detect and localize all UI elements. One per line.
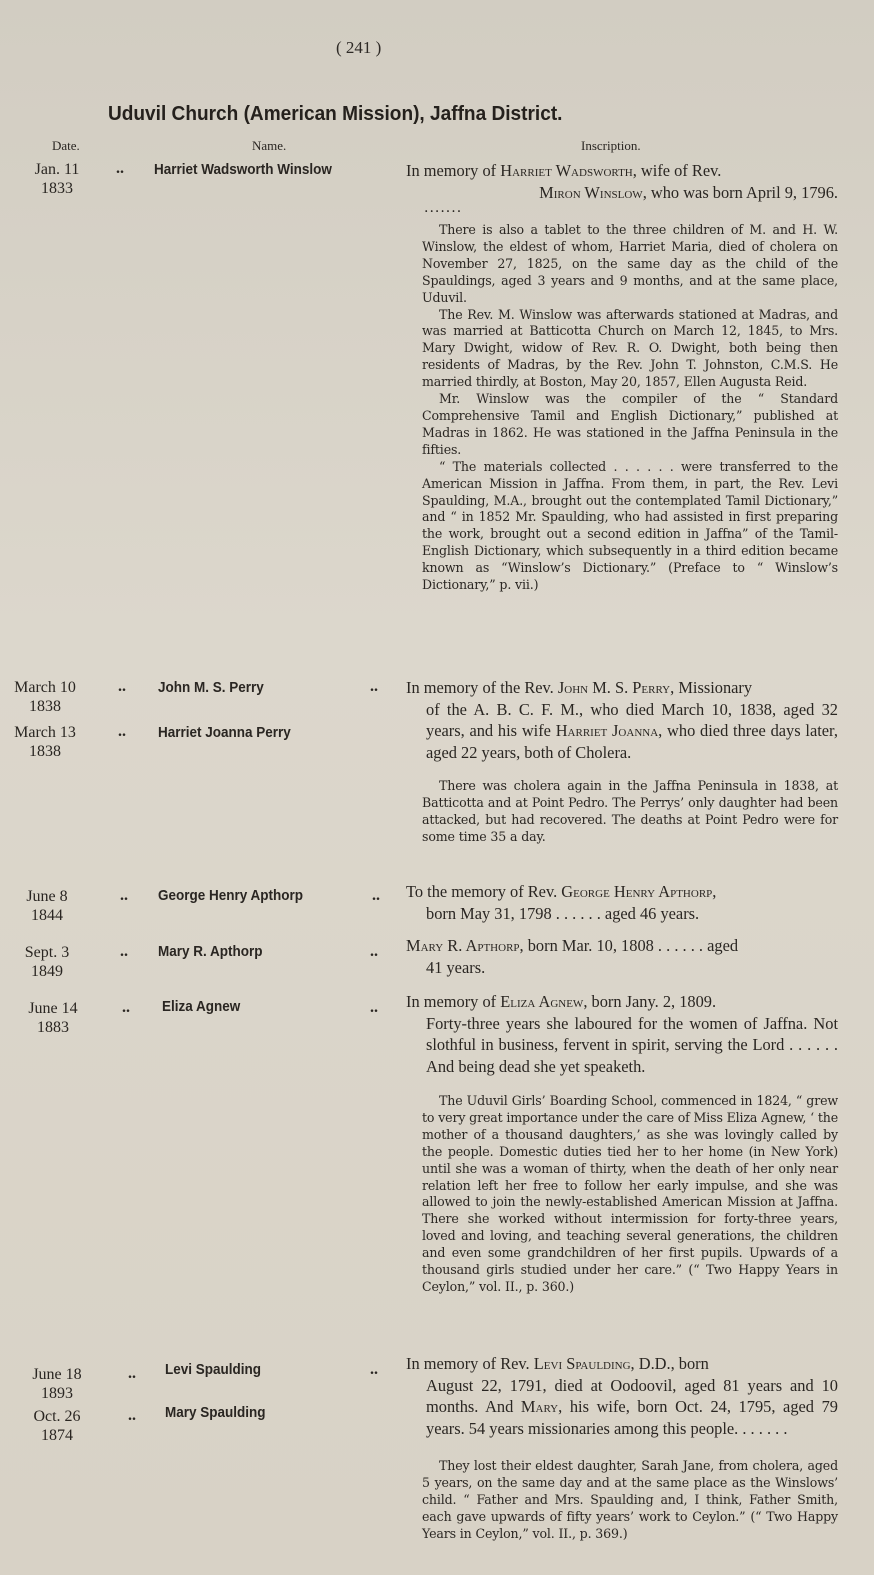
leader-dots: .. [370,943,378,961]
entry-note: They lost their eldest daughter, Sarah J… [422,1458,838,1543]
entry-inscription: In memory of the Rev. John M. S. Perry, … [406,677,838,763]
entry-inscription: Mary R. Apthorp, born Mar. 10, 1808 . . … [406,935,838,978]
entry-inscription: In memory of Harriet Wadsworth, wife of … [406,160,838,203]
entry-note: There was cholera again in the Jaffna Pe… [422,778,838,846]
leader-dots: .. [118,723,126,741]
entry-inscription: To the memory of Rev. George Henry Aptho… [406,881,838,924]
ellipsis: ....... [424,200,462,216]
entry-name: Mary Spaulding [165,1404,266,1421]
entry-name: John M. S. Perry [158,679,264,696]
leader-dots: .. [372,887,380,905]
entry-name: Harriet Joanna Perry [158,724,291,741]
page-title: Uduvil Church (American Mission), Jaffna… [108,102,562,126]
entry-name: Mary R. Apthorp [158,943,263,960]
entry-name: Harriet Wadsworth Winslow [154,161,332,178]
leader-dots: .. [370,999,378,1017]
entry-date: June 181893 [12,1365,102,1403]
entry-note: There is also a tablet to the three chil… [422,222,838,594]
leader-dots: .. [118,678,126,696]
leader-dots: .. [128,1407,136,1425]
leader-dots: .. [370,1361,378,1379]
entry-date: Jan. 111833 [12,160,102,198]
entry-date: March 101838 [0,678,90,716]
leader-dots: .. [128,1365,136,1383]
leader-dots: .. [120,887,128,905]
leader-dots: .. [120,943,128,961]
column-header-name: Name. [252,138,286,154]
entry-inscription: In memory of Eliza Agnew, born Jany. 2, … [406,991,838,1077]
entry-name: Eliza Agnew [162,998,240,1015]
leader-dots: .. [122,999,130,1017]
entry-inscription: In memory of Rev. Levi Spaulding, D.D., … [406,1353,838,1439]
entry-date: Sept. 31849 [2,943,92,981]
entry-date: March 131838 [0,723,90,761]
entry-date: Oct. 261874 [12,1407,102,1445]
column-header-inscription: Inscription. [581,138,641,154]
entry-note: The Uduvil Girls’ Boarding School, comme… [422,1093,838,1296]
entry-name: George Henry Apthorp [158,887,303,904]
entry-name: Levi Spaulding [165,1361,261,1378]
leader-dots: .. [370,678,378,696]
entry-date: June 81844 [2,887,92,925]
entry-date: June 141883 [8,999,98,1037]
column-header-date: Date. [52,138,80,154]
leader-dots: .. [116,160,124,178]
document-page: ( 241 ) Uduvil Church (American Mission)… [0,0,874,1575]
page-number: ( 241 ) [336,38,381,58]
